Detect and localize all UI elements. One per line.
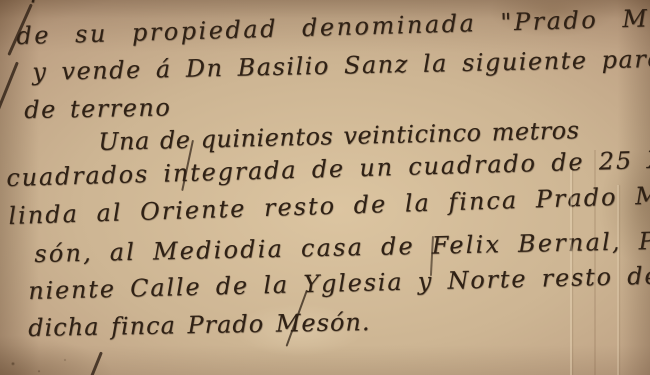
pen-flourish-stroke: [0, 62, 18, 124]
handwritten-line-propiedad: de su propiedad denominada "Prado Mesón,: [16, 2, 650, 50]
handwritten-line-terreno: de terreno: [24, 93, 172, 124]
handwritten-line-vende: y vende á Dn Basilio Sanz la siguiente p…: [32, 44, 650, 86]
pen-flourish-stroke: [89, 351, 103, 375]
handwritten-line-top-clipped: por la … á segr. f.: [30, 0, 448, 4]
scanned-document-page: por la … á segr. f. de su propiedad deno…: [0, 0, 650, 375]
handwritten-line-dicha: dicha finca Prado Mesón.: [28, 308, 371, 342]
handwritten-line-poniente: niente Calle de la Yglesia y Norte resto…: [28, 261, 650, 305]
handwritten-line-mediodia: són, al Mediodia casa de Felix Bernal, P…: [34, 226, 650, 268]
